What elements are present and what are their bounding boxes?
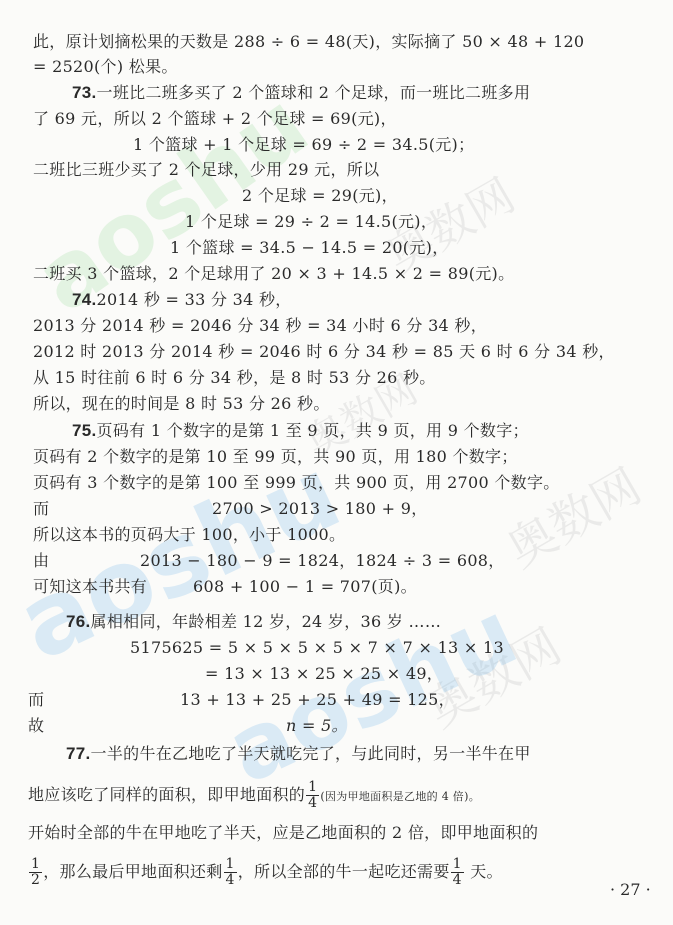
text-line: = 2520(个) 松果。 <box>33 57 178 77</box>
numerator: 1 <box>224 857 237 873</box>
text: 地应该吃了同样的面积，即甲地面积的 <box>28 785 305 804</box>
text-line: 故 <box>28 716 44 736</box>
fraction: 14 <box>224 857 237 888</box>
lead-word: 而 <box>28 690 44 709</box>
denominator: 4 <box>224 873 237 888</box>
text: 2014 秒 = 33 分 34 秒， <box>97 290 292 309</box>
text-line: 此，原计划摘松果的天数是 288 ÷ 6 = 48(天)，实际摘了 50 × 4… <box>33 32 584 52</box>
lead-word: 由 <box>33 551 49 570</box>
text-line: 地应该吃了同样的面积，即甲地面积的14(因为甲地面积是乙地的 4 倍)。 <box>28 780 480 811</box>
text-line: 由 <box>33 551 49 571</box>
equation-line: n = 5。 <box>286 716 348 736</box>
problem-number: 76. <box>66 612 91 631</box>
text-line: 12，那么最后甲地面积还剩14，所以全部的牛一起吃还需要14 天。 <box>28 857 503 888</box>
problem-77: 77.一半的牛在乙地吃了半天就吃完了，与此同时，另一半牛在甲 <box>66 744 531 764</box>
problem-75: 75.页码有 1 个数字的是第 1 至 9 页，共 9 页，用 9 个数字； <box>72 421 529 441</box>
text-line: 而 <box>28 690 44 710</box>
equation-line: 2700 > 2013 > 180 + 9， <box>212 499 428 519</box>
text-line: 所以这本书的页码大于 100，小于 1000。 <box>33 525 345 545</box>
text-line: 页码有 3 个数字的是第 100 至 999 页，共 900 页，用 2700 … <box>33 473 560 493</box>
fraction: 14 <box>451 857 464 888</box>
equation-line: 608 + 100 − 1 = 707(页)。 <box>193 577 417 597</box>
fraction: 14 <box>306 780 319 811</box>
numerator: 1 <box>306 780 319 796</box>
document-page: 此，原计划摘松果的天数是 288 ÷ 6 = 48(天)，实际摘了 50 × 4… <box>0 0 673 925</box>
problem-76: 76.属相相同，年龄相差 12 岁，24 岁，36 岁 …… <box>66 612 441 632</box>
text-line: 2012 时 2013 分 2014 秒 = 2046 时 6 分 34 秒 =… <box>33 342 615 362</box>
text-line: 而 <box>33 499 49 519</box>
denominator: 4 <box>306 796 319 811</box>
equation-line: 13 + 13 + 25 + 25 + 49 = 125， <box>180 690 455 710</box>
numerator: 1 <box>451 857 464 873</box>
text-line: 2013 分 2014 秒 = 2046 分 34 秒 = 34 小时 6 分 … <box>33 316 487 336</box>
equation-line: 5175625 = 5 × 5 × 5 × 5 × 7 × 7 × 13 × 1… <box>130 638 504 658</box>
problem-73: 73.一班比二班多买了 2 个篮球和 2 个足球，而一班比二班多用 <box>72 83 530 103</box>
equation-line: 1 个篮球 + 1 个足球 = 69 ÷ 2 = 34.5(元)； <box>133 135 474 155</box>
note: (因为甲地面积是乙地的 4 倍)。 <box>320 790 480 803</box>
problem-number: 73. <box>72 83 97 102</box>
problem-74: 74.2014 秒 = 33 分 34 秒， <box>72 290 292 310</box>
text-line: 从 15 时往前 6 时 6 分 34 秒，是 8 时 53 分 26 秒。 <box>33 368 436 388</box>
text: 天。 <box>465 862 503 881</box>
equation-line: 1 个篮球 = 34.5 − 14.5 = 20(元)， <box>170 238 449 258</box>
equation-line: 1 个足球 = 29 ÷ 2 = 14.5(元)， <box>185 212 437 232</box>
equation-line: 2 个足球 = 29(元)， <box>242 186 398 206</box>
text-line: 可知这本书共有 <box>33 577 147 597</box>
text-line: 所以，现在的时间是 8 时 53 分 26 秒。 <box>33 394 330 414</box>
lead-word: 而 <box>33 499 49 518</box>
denominator: 4 <box>451 873 464 888</box>
numerator: 1 <box>29 857 42 873</box>
text-line: 二班买 3 个篮球，2 个足球用了 20 × 3 + 14.5 × 2 = 89… <box>33 264 514 284</box>
text: 属相相同，年龄相差 12 岁，24 岁，36 岁 …… <box>91 612 442 631</box>
denominator: 2 <box>29 873 42 888</box>
text-line: 了 69 元，所以 2 个篮球 + 2 个足球 = 69(元)， <box>33 109 397 129</box>
text-line: 页码有 2 个数字的是第 10 至 99 页，共 90 页，用 180 个数字； <box>33 447 518 467</box>
problem-number: 74. <box>72 290 97 309</box>
text: 页码有 1 个数字的是第 1 至 9 页，共 9 页，用 9 个数字； <box>97 421 529 440</box>
text-line: 二班比三班少买了 2 个足球，少用 29 元，所以 <box>33 160 379 180</box>
fraction: 12 <box>29 857 42 888</box>
text: 一半的牛在乙地吃了半天就吃完了，与此同时，另一半牛在甲 <box>91 744 531 763</box>
text: ，所以全部的牛一起吃还需要 <box>238 862 450 881</box>
equation-line: 2013 − 180 − 9 = 1824，1824 ÷ 3 = 608， <box>140 551 505 571</box>
lead-word: 故 <box>28 716 44 735</box>
text-line: 开始时全部的牛在甲地吃了半天，应是乙地面积的 2 倍，即甲地面积的 <box>28 823 538 843</box>
text: 一班比二班多买了 2 个篮球和 2 个足球，而一班比二班多用 <box>97 83 531 102</box>
equation-line: = 13 × 13 × 25 × 25 × 49， <box>205 664 443 684</box>
problem-number: 75. <box>72 421 97 440</box>
page-number: · 27 · <box>610 880 651 899</box>
problem-number: 77. <box>66 744 91 763</box>
lead-word: 可知这本书共有 <box>33 577 147 596</box>
text: ，那么最后甲地面积还剩 <box>43 862 222 881</box>
